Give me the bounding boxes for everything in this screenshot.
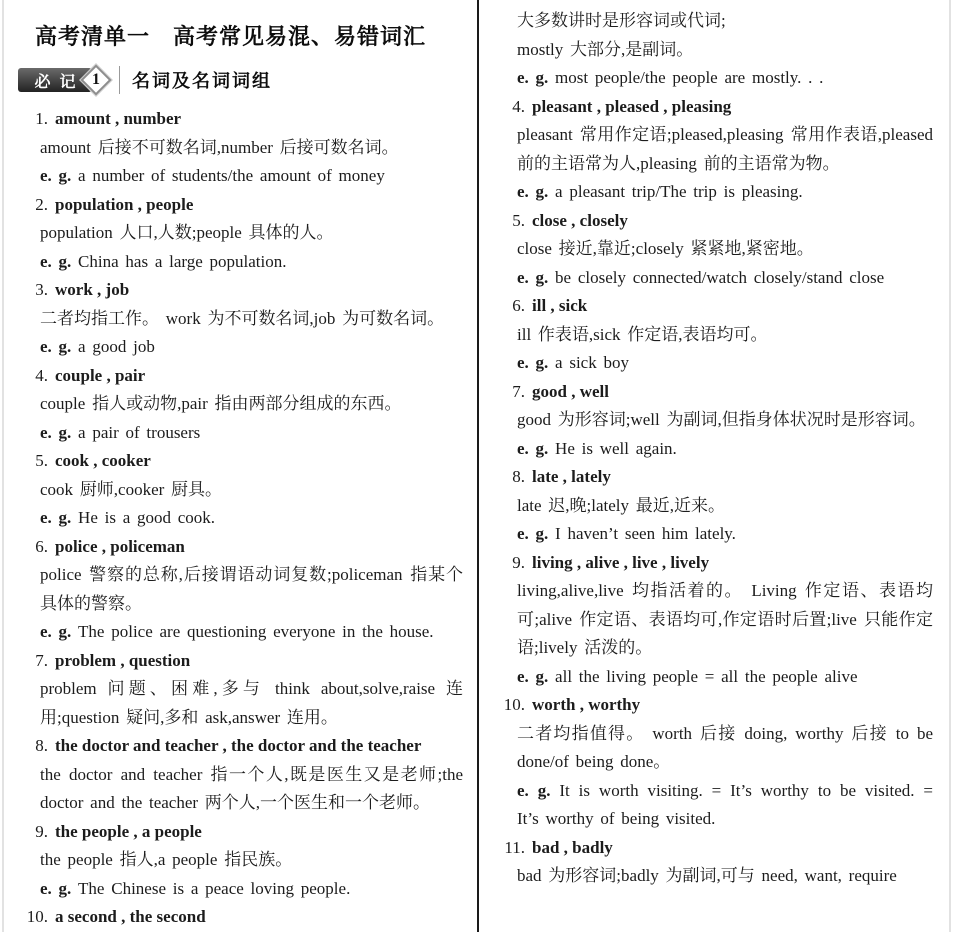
item-number: 6. [18, 533, 48, 562]
definition-line: pleasant 常用作定语;pleased,pleasing 常用作表语,pl… [517, 121, 933, 178]
vocab-item: 3.work , job二者均指工作。 work 为不可数名词,job 为可数名… [18, 276, 463, 362]
item-heading: 7.problem , question [18, 647, 463, 676]
item-heading: 7.good , well [495, 378, 933, 407]
item-heading: 5.cook , cooker [18, 447, 463, 476]
section-title: 名词及名词词组 [132, 67, 272, 93]
badge-label: 必记 [34, 69, 84, 92]
definition-line: population 人口,人数;people 具体的人。 [40, 219, 463, 248]
vocab-item: 7.problem , questionproblem 问题、困难,多与 thi… [18, 647, 463, 733]
eg-label: e. g. [517, 781, 559, 800]
item-headwords: worth , worthy [532, 695, 640, 714]
vocab-item: 8.late , latelylate 迟,晚;lately 最近,近来。e. … [495, 463, 933, 549]
example-line: e. g. a pair of trousers [40, 419, 463, 448]
definition-line: close 接近,靠近;closely 紧紧地,紧密地。 [517, 235, 933, 264]
vocab-item: 5.cook , cookercook 厨师,cooker 厨具。e. g. H… [18, 447, 463, 533]
item-number: 1. [18, 105, 48, 134]
definition-line: the people 指人,a people 指民族。 [40, 846, 463, 875]
vocab-item: 8.the doctor and teacher , the doctor an… [18, 732, 463, 818]
left-item-list: 1.amount , numberamount 后接不可数名词,number 后… [18, 105, 463, 932]
example-line: e. g. all the living people = all the pe… [517, 663, 933, 692]
item-headwords: pleasant , pleased , pleasing [532, 97, 731, 116]
vocab-item: 6.police , policemanpolice 警察的总称,后接谓语动词复… [18, 533, 463, 647]
definition-line: mostly 大部分,是副词。 [517, 36, 933, 65]
definition-line: 大多数讲时是形容词或代词; [517, 7, 933, 36]
definition-line: problem 问题、困难,多与 think about,solve,raise… [40, 675, 463, 732]
definition-line: ill 作表语,sick 作定语,表语均可。 [517, 321, 933, 350]
example-line: e. g. be closely connected/watch closely… [517, 264, 933, 293]
eg-label: e. g. [517, 182, 555, 201]
item-heading: 8.the doctor and teacher , the doctor an… [18, 732, 463, 761]
item-number: 9. [18, 818, 48, 847]
example-line: e. g. a sick boy [517, 349, 933, 378]
example-line: e. g. a pleasant trip/The trip is pleasi… [517, 178, 933, 207]
definition-line: 二者均指工作。 work 为不可数名词,job 为可数名词。 [40, 305, 463, 334]
example-line: e. g. a good job [40, 333, 463, 362]
vocab-item: 1.amount , numberamount 后接不可数名词,number 后… [18, 105, 463, 191]
item-headwords: the doctor and teacher , the doctor and … [55, 736, 421, 755]
item-heading: 11.bad , badly [495, 834, 933, 863]
item-heading: 6.police , policeman [18, 533, 463, 562]
definition-line: the doctor and teacher 指一个人,既是医生又是老师;the… [40, 761, 463, 818]
right-item-list: 4.pleasant , pleased , pleasingpleasant … [495, 93, 933, 891]
item-headwords: living , alive , live , lively [532, 553, 709, 572]
right-column: 大多数讲时是形容词或代词;mostly 大部分,是副词。e. g. most p… [479, 0, 949, 932]
vocab-item: 10.worth , worthy二者均指值得。 worth 后接 doing,… [495, 691, 933, 834]
item-headwords: the people , a people [55, 822, 202, 841]
section-header: 必记 1 名词及名词词组 [18, 64, 463, 96]
vocab-item: 9.the people , a peoplethe people 指人,a p… [18, 818, 463, 904]
definition-line: living,alive,live 均指活着的。 Living 作定语、表语均可… [517, 577, 933, 663]
item-number: 7. [495, 378, 525, 407]
item-number: 5. [495, 207, 525, 236]
item-heading: 3.work , job [18, 276, 463, 305]
example-line: e. g. I haven’t seen him lately. [517, 520, 933, 549]
item-headwords: work , job [55, 280, 129, 299]
item-number: 9. [495, 549, 525, 578]
item-number: 5. [18, 447, 48, 476]
item-number: 11. [495, 834, 525, 863]
item-headwords: couple , pair [55, 366, 145, 385]
item-number: 3. [18, 276, 48, 305]
item-number: 4. [18, 362, 48, 391]
item-number: 7. [18, 647, 48, 676]
eg-label: e. g. [517, 524, 555, 543]
item-number: 6. [495, 292, 525, 321]
vocab-item: 2.population , peoplepopulation 人口,人数;pe… [18, 191, 463, 277]
item-headwords: problem , question [55, 651, 190, 670]
item-headwords: late , lately [532, 467, 611, 486]
eg-label: e. g. [40, 508, 78, 527]
item-headwords: population , people [55, 195, 193, 214]
eg-label: e. g. [517, 353, 555, 372]
badge-number-diamond: 1 [80, 64, 112, 96]
vocab-item: 5.close , closelyclose 接近,靠近;closely 紧紧地… [495, 207, 933, 293]
item-number: 8. [495, 463, 525, 492]
item-headwords: close , closely [532, 211, 628, 230]
eg-label: e. g. [517, 68, 555, 87]
vocab-item: 4.pleasant , pleased , pleasingpleasant … [495, 93, 933, 207]
continuation-block: 大多数讲时是形容词或代词;mostly 大部分,是副词。e. g. most p… [495, 7, 933, 93]
example-line: e. g. He is well again. [517, 435, 933, 464]
example-line: e. g. It is worth visiting. = It’s worth… [517, 777, 933, 834]
item-headwords: police , policeman [55, 537, 185, 556]
example-line: e. g. He is a good cook. [40, 504, 463, 533]
item-heading: 9.living , alive , live , lively [495, 549, 933, 578]
definition-line: police 警察的总称,后接谓语动词复数;policeman 指某个具体的警察… [40, 561, 463, 618]
textbook-page: 高考清单一 高考常见易混、易错词汇 必记 1 名词及名词词组 1.amount … [0, 0, 958, 932]
definition-line: 二者均指值得。 worth 后接 doing, worthy 后接 to be … [517, 720, 933, 777]
badge-divider-line [119, 66, 120, 94]
example-line: e. g. a number of students/the amount of… [40, 162, 463, 191]
example-line: e. g. The Chinese is a peace loving peop… [40, 875, 463, 904]
eg-label: e. g. [517, 268, 555, 287]
item-headwords: good , well [532, 382, 609, 401]
definition-line: cook 厨师,cooker 厨具。 [40, 476, 463, 505]
left-column: 高考清单一 高考常见易混、易错词汇 必记 1 名词及名词词组 1.amount … [3, 0, 477, 932]
item-heading: 5.close , closely [495, 207, 933, 236]
item-headwords: bad , badly [532, 838, 613, 857]
item-heading: 10.worth , worthy [495, 691, 933, 720]
eg-label: e. g. [40, 337, 78, 356]
definition-line: amount 后接不可数名词,number 后接可数名词。 [40, 134, 463, 163]
item-heading: 8.late , lately [495, 463, 933, 492]
eg-label: e. g. [517, 667, 555, 686]
item-number: 8. [18, 732, 48, 761]
item-heading: 10.a second , the second [18, 903, 463, 932]
item-number: 10. [495, 691, 525, 720]
eg-label: e. g. [40, 423, 78, 442]
vocab-item: 9.living , alive , live , livelyliving,a… [495, 549, 933, 692]
page-right-border [949, 0, 951, 932]
item-heading: 6.ill , sick [495, 292, 933, 321]
item-heading: 1.amount , number [18, 105, 463, 134]
item-headwords: amount , number [55, 109, 181, 128]
definition-line: good 为形容词;well 为副词,但指身体状况时是形容词。 [517, 406, 933, 435]
item-heading: 4.pleasant , pleased , pleasing [495, 93, 933, 122]
vocab-item: 4.couple , paircouple 指人或动物,pair 指由两部分组成… [18, 362, 463, 448]
eg-label: e. g. [40, 166, 78, 185]
example-line: e. g. most people/the people are mostly.… [517, 64, 933, 93]
eg-label: e. g. [40, 252, 78, 271]
item-headwords: ill , sick [532, 296, 587, 315]
vocab-item: 11.bad , badlybad 为形容词;badly 为副词,可与 need… [495, 834, 933, 891]
definition-line: bad 为形容词;badly 为副词,可与 need, want, requir… [517, 862, 933, 891]
vocab-item: 10.a second , the second [18, 903, 463, 932]
item-headwords: cook , cooker [55, 451, 151, 470]
example-line: e. g. China has a large population. [40, 248, 463, 277]
eg-label: e. g. [40, 879, 78, 898]
item-number: 4. [495, 93, 525, 122]
item-number: 2. [18, 191, 48, 220]
vocab-item: 6.ill , sickill 作表语,sick 作定语,表语均可。e. g. … [495, 292, 933, 378]
page-title: 高考清单一 高考常见易混、易错词汇 [35, 20, 463, 51]
item-heading: 4.couple , pair [18, 362, 463, 391]
eg-label: e. g. [40, 622, 78, 641]
item-headwords: a second , the second [55, 907, 206, 926]
definition-line: couple 指人或动物,pair 指由两部分组成的东西。 [40, 390, 463, 419]
eg-label: e. g. [517, 439, 555, 458]
item-number: 10. [18, 903, 48, 932]
item-heading: 9.the people , a people [18, 818, 463, 847]
vocab-item: 7.good , wellgood 为形容词;well 为副词,但指身体状况时是… [495, 378, 933, 464]
badge-number: 1 [80, 64, 112, 96]
example-line: e. g. The police are questioning everyon… [40, 618, 463, 647]
item-heading: 2.population , people [18, 191, 463, 220]
definition-line: late 迟,晚;lately 最近,近来。 [517, 492, 933, 521]
